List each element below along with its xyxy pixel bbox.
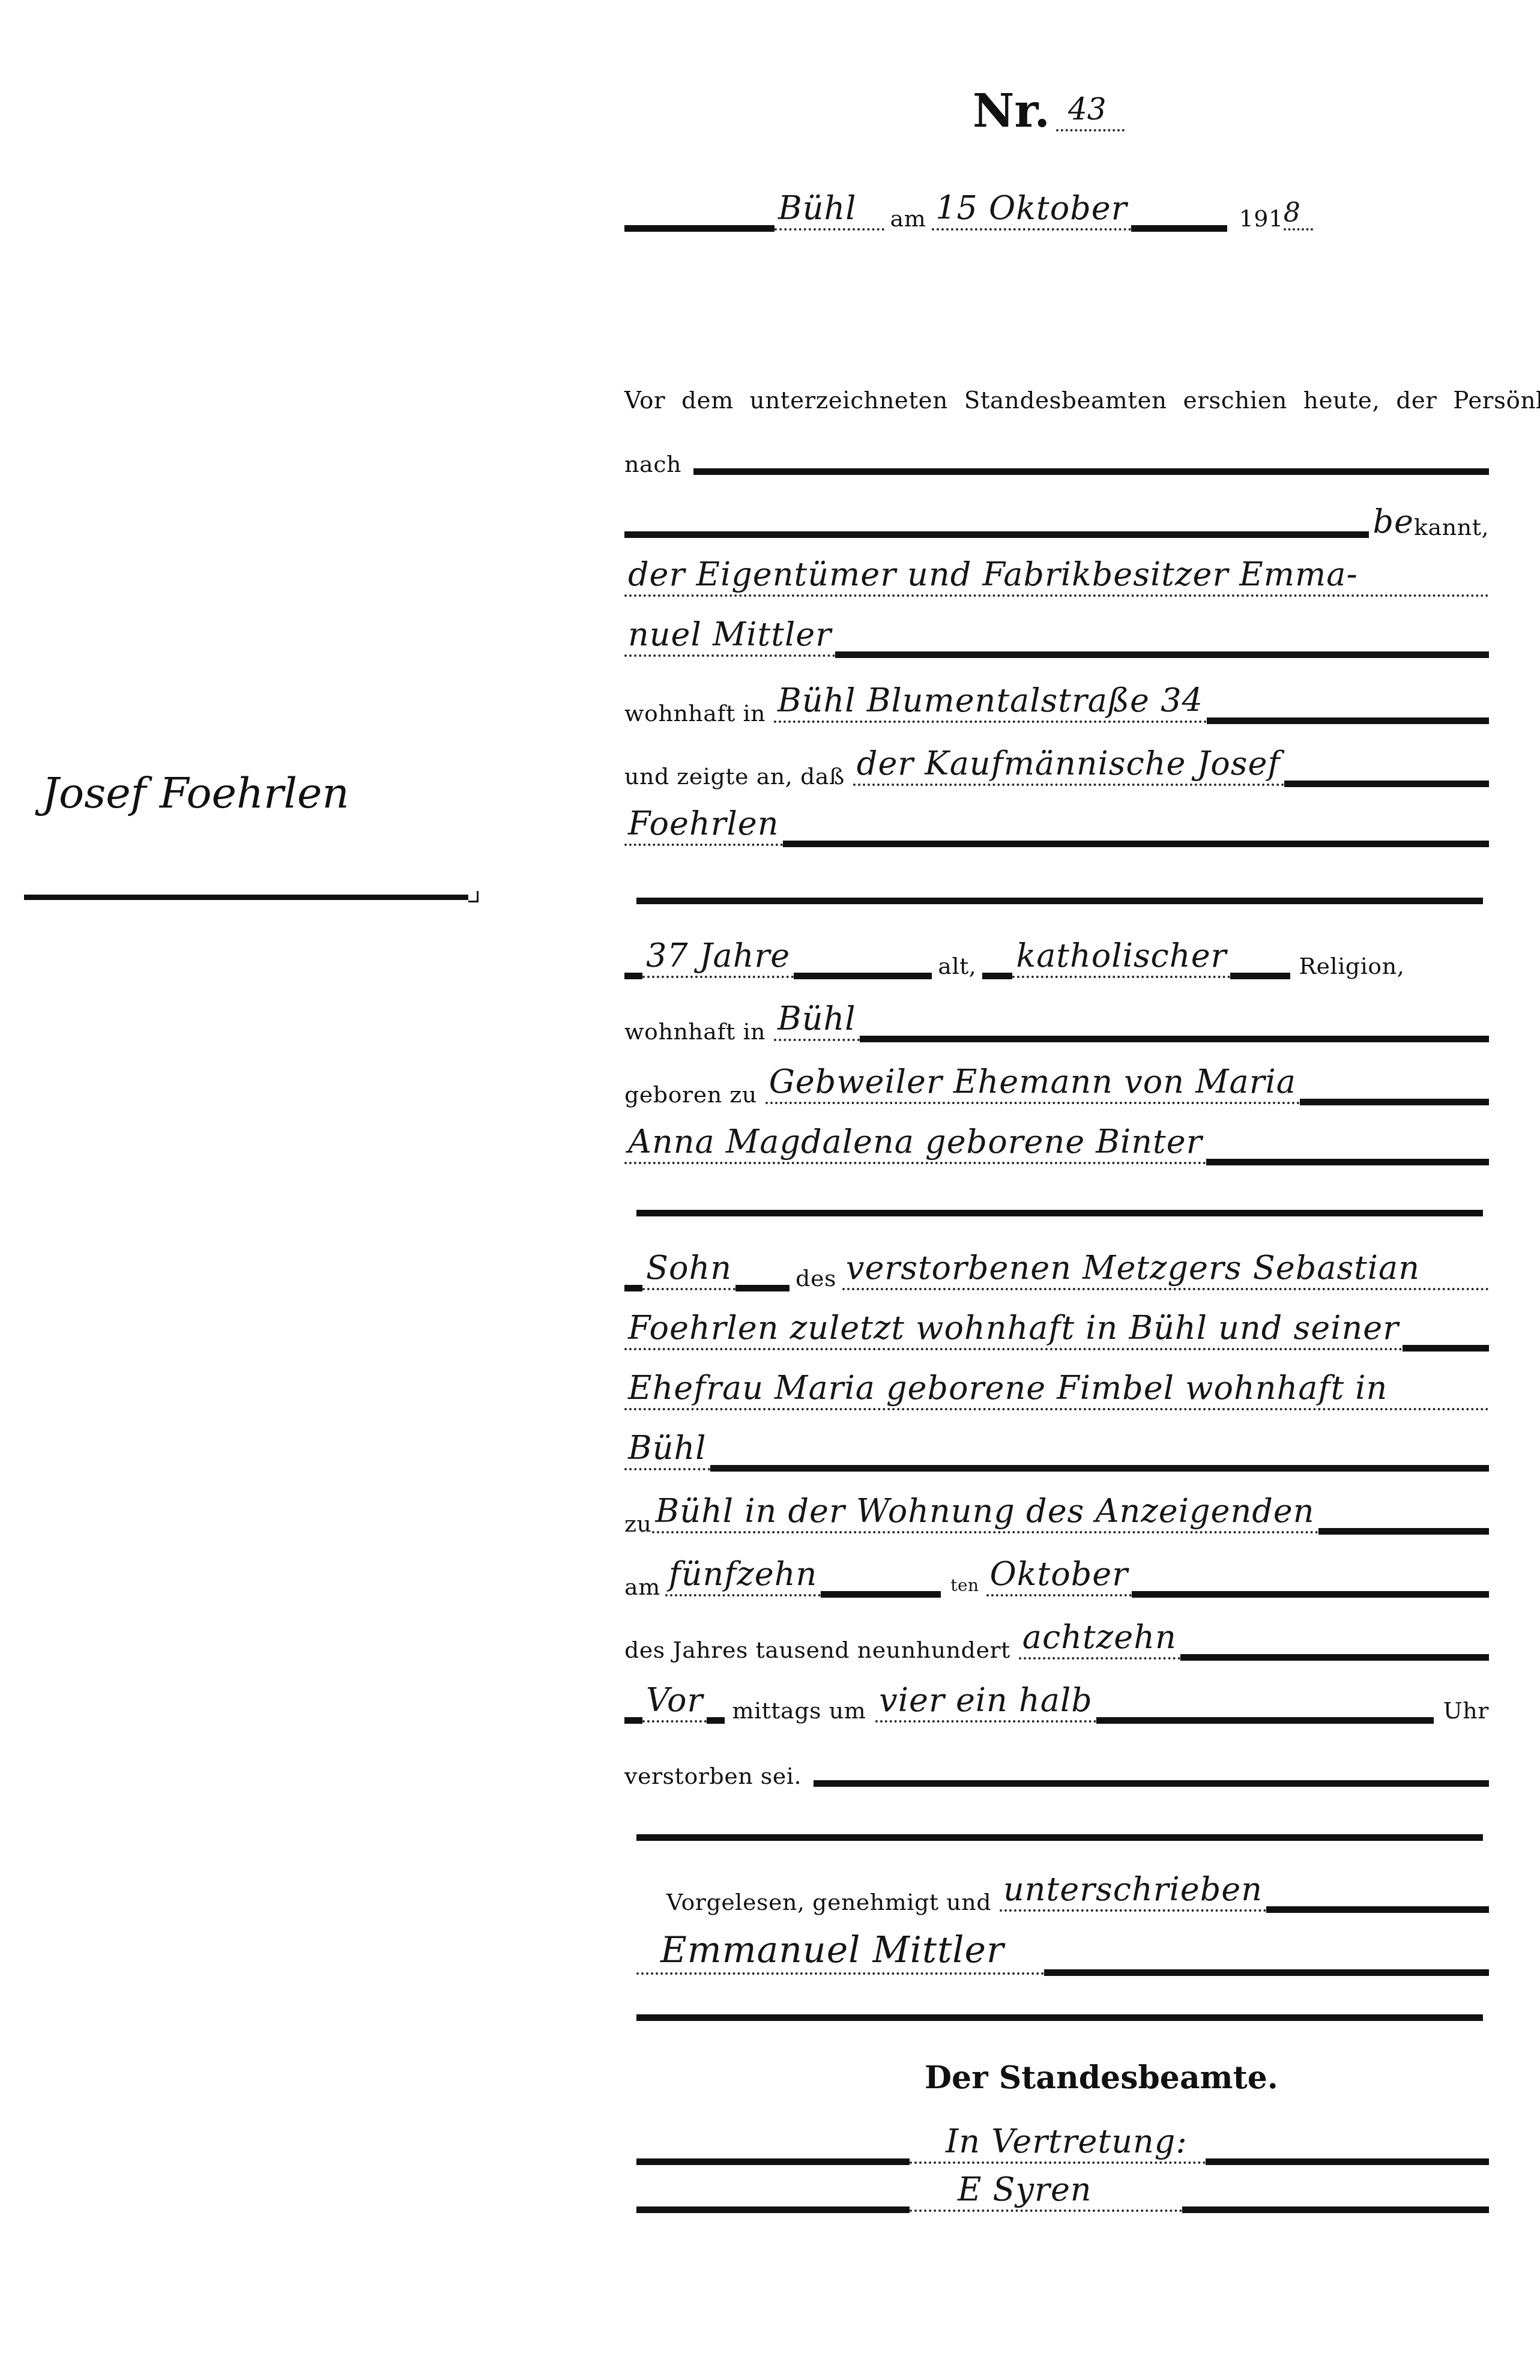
parents-line-3: Ehefrau Maria geborene Fimbel wohnhaft i… — [624, 1360, 1489, 1414]
sohn-hand: Sohn — [646, 1249, 732, 1287]
margin-note: Josef Foehrlen — [42, 769, 349, 818]
kannt-label: kannt, — [1414, 514, 1489, 540]
entry-number: Nr. 43 — [973, 84, 1125, 137]
official-line-1: In Vertretung: — [636, 2113, 1489, 2167]
informant-name-line-1: der Eigentümer und Fabrikbesitzer Emma- — [624, 546, 1489, 600]
informant-name-hand-2: nuel Mittler — [628, 615, 832, 653]
death-place-hand: Bühl in der Wohnung des Anzeigenden — [656, 1492, 1315, 1530]
parents-hand-4: Bühl — [628, 1429, 707, 1467]
number-value: 43 — [1056, 92, 1125, 131]
vorgelesen-line: Vorgelesen, genehmigt und unterschrieben — [666, 1861, 1489, 1915]
nach-label: nach — [624, 451, 681, 477]
vorgelesen-label: Vorgelesen, genehmigt und — [666, 1889, 991, 1915]
age-hand: 37 Jahre — [646, 937, 790, 974]
year-printed: 191 — [1239, 205, 1284, 232]
margin-underline — [24, 895, 468, 900]
birth-line-2: Anna Magdalena geborene Binter — [624, 1114, 1489, 1168]
deceased-name-line-2: Foehrlen — [624, 796, 1489, 850]
intro-line: Vor dem unterzeichneten Standesbeamten e… — [624, 360, 1489, 414]
official-signature: E Syren — [958, 2170, 1092, 2208]
year-hand: achtzehn — [1022, 1618, 1177, 1656]
parents-line-1: Sohn des verstorbenen Metzgers Sebastian — [624, 1240, 1489, 1294]
des-label: des — [796, 1265, 836, 1291]
wohnhaft-label: wohnhaft in — [624, 700, 765, 726]
zu-label: zu — [624, 1511, 652, 1537]
informant-name-line-2: nuel Mittler — [624, 606, 1489, 660]
geboren-label: geboren zu — [624, 1081, 757, 1108]
parents-hand-1: verstorbenen Metzgers Sebastian — [846, 1249, 1420, 1287]
death-date-line: am fünfzehn ten Oktober — [624, 1546, 1489, 1600]
birth-hand-1: Gebweiler Ehemann von Maria — [769, 1063, 1296, 1101]
deceased-residence-hand: Bühl — [778, 1000, 856, 1037]
religion-hand: katholischer — [1016, 937, 1227, 974]
place-hand: Bühl — [778, 189, 857, 227]
death-register-page: Nr. 43 Bühl am 15 Oktober 191 8 Vor dem … — [0, 0, 1540, 2380]
kannt-hand: be — [1372, 503, 1414, 540]
zeigte-label: und zeigte an, daß — [624, 763, 845, 790]
death-year-line: des Jahres tausend neunhundert achtzehn — [624, 1609, 1489, 1663]
deceased-hand-1: der Kaufmännische Josef — [857, 745, 1281, 782]
parents-hand-3: Ehefrau Maria geborene Fimbel wohnhaft i… — [628, 1369, 1388, 1407]
parents-hand-2: Foehrlen zuletzt wohnhaft in Bühl und se… — [628, 1309, 1399, 1347]
place-date-line: Bühl am 15 Oktober 191 8 — [624, 180, 1489, 234]
informant-residence-line: wohnhaft in Bühl Blumentalstraße 34 — [624, 672, 1489, 726]
separator-line — [636, 1834, 1483, 1841]
intro-text: Vor dem unterzeichneten Standesbeamten e… — [624, 387, 1540, 414]
alt-label: alt, — [938, 953, 976, 979]
bekannt-line: be kannt, — [624, 486, 1489, 540]
deceased-wohnhaft-label: wohnhaft in — [624, 1018, 765, 1045]
official-hand-1: In Vertretung: — [946, 2122, 1188, 2160]
religion-label: Religion, — [1299, 953, 1404, 979]
day-hand: fünfzehn — [669, 1555, 818, 1593]
zeigte-line: und zeigte an, daß der Kaufmännische Jos… — [624, 735, 1489, 790]
birth-hand-2: Anna Magdalena geborene Binter — [628, 1123, 1203, 1161]
time-hand: vier ein halb — [879, 1681, 1093, 1719]
deceased-residence-line: wohnhaft in Bühl — [624, 991, 1489, 1045]
birth-line-1: geboren zu Gebweiler Ehemann von Maria — [624, 1054, 1489, 1108]
am-label: am — [624, 1574, 660, 1600]
verstorben-label: verstorben sei. — [624, 1763, 802, 1789]
official-title: Der Standesbeamte. — [925, 2059, 1278, 2096]
separator-line — [636, 2014, 1483, 2021]
informant-signature: Emmanuel Mittler — [660, 1929, 1004, 1971]
number-label: Nr. — [973, 84, 1050, 137]
informant-residence-hand: Bühl Blumentalstraße 34 — [778, 681, 1203, 719]
separator-line — [636, 898, 1483, 904]
date-hand: 15 Oktober — [935, 189, 1127, 227]
year-hand: 8 — [1284, 198, 1313, 231]
parents-line-4: Bühl — [624, 1420, 1489, 1474]
official-line-2: E Syren — [636, 2161, 1489, 2215]
informant-name-hand-1: der Eigentümer und Fabrikbesitzer Emma- — [628, 555, 1358, 593]
am-label: am — [890, 205, 926, 232]
ten-label: ten — [950, 1575, 979, 1595]
uhr-label: Uhr — [1443, 1697, 1489, 1724]
mittags-label: mittags um — [732, 1697, 866, 1724]
death-time-line: Vor mittags um vier ein halb Uhr — [624, 1672, 1489, 1726]
deceased-hand-2: Foehrlen — [628, 805, 779, 842]
separator-line — [636, 1210, 1483, 1216]
informant-signature-line: Emmanuel Mittler — [636, 1924, 1489, 1978]
ampm-hand: Vor — [646, 1681, 703, 1719]
death-place-line: zu Bühl in der Wohnung des Anzeigenden — [624, 1483, 1489, 1537]
vorgelesen-hand: unterschrieben — [1003, 1870, 1263, 1908]
nach-line: nach — [624, 423, 1489, 477]
margin-underline-end — [468, 891, 479, 902]
age-religion-line: 37 Jahre alt, katholischer Religion, — [624, 928, 1489, 982]
parents-line-2: Foehrlen zuletzt wohnhaft in Bühl und se… — [624, 1300, 1489, 1354]
month-hand: Oktober — [990, 1555, 1129, 1593]
jahres-label: des Jahres tausend neunhundert — [624, 1637, 1010, 1663]
verstorben-line: verstorben sei. — [624, 1735, 1489, 1789]
